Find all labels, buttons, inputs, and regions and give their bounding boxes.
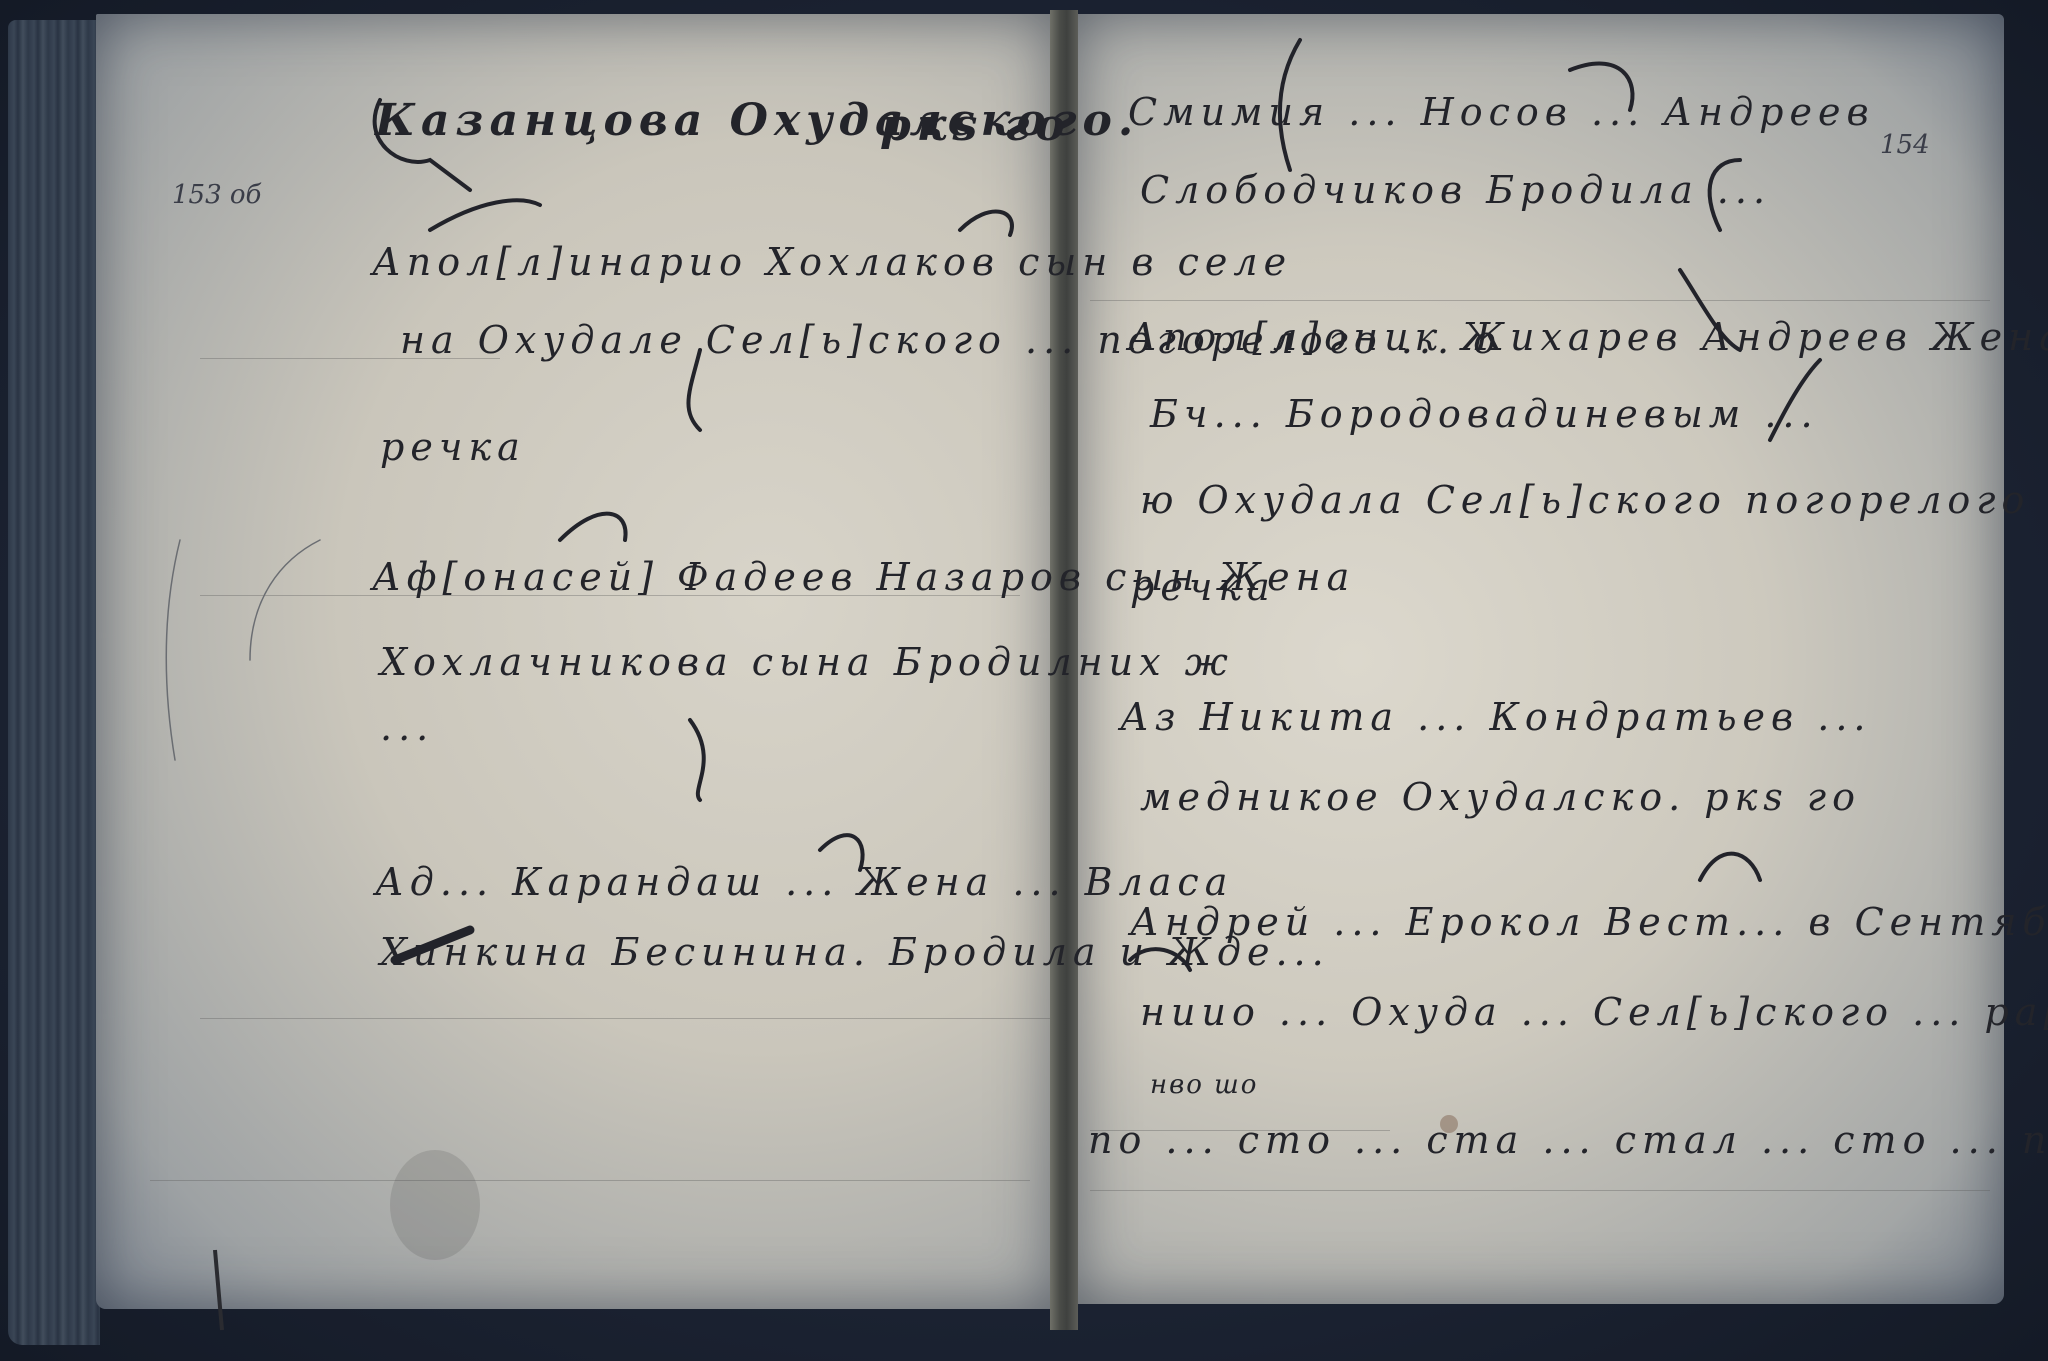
left-header-year: ркѕ го bbox=[880, 100, 1071, 151]
page-stack-edges bbox=[8, 20, 100, 1345]
left-entry-3-line-1: Ад... Карандаш ... Жена ... Власа bbox=[375, 860, 1233, 904]
ruling-line bbox=[150, 1180, 1030, 1181]
right-entry-4-line-1: Андрей ... Ерокол Вест... в Сентябре bbox=[1130, 900, 2048, 944]
right-entry-4-line-4: по ... сто ... ста ... стал ... сто ... … bbox=[1088, 1118, 2048, 1162]
right-entry-2-line-1: Апол[л]оник Жихарев Андреев Жена bbox=[1128, 315, 2048, 359]
right-entry-2-line-3: ю Охудала Сел[ь]ского погорелого bbox=[1140, 478, 2030, 522]
right-entry-3-line-2: медникое Охудалско. ркѕ го bbox=[1140, 775, 1861, 819]
ruling-line bbox=[1090, 300, 1990, 301]
paper-stain bbox=[390, 1150, 480, 1260]
left-entry-1-line-3: речка bbox=[380, 425, 526, 469]
ruling-line bbox=[200, 1018, 1050, 1019]
manuscript-photo: 153 об 154 Казанцова Охудалского. ркѕ го… bbox=[0, 0, 2048, 1361]
left-entry-1-line-1: Апол[л]инарио Хохлаков сын в селе bbox=[372, 240, 1292, 284]
right-entry-3-line-1: Аз Никита ... Кондратьев ... bbox=[1120, 695, 1871, 739]
right-entry-4-line-2: ниио ... Охуда ... Сел[ь]ского ... ра[з]… bbox=[1140, 990, 2048, 1034]
ruling-line bbox=[1090, 1190, 1990, 1191]
right-entry-1-line-2: Слободчиков Бродила ... bbox=[1140, 168, 1771, 212]
folio-note-left: 153 об bbox=[172, 180, 261, 210]
left-entry-2-line-2: Хохлачникова сына Бродилних ж bbox=[380, 640, 1234, 684]
folio-number-right: 154 bbox=[1880, 130, 1930, 160]
right-entry-2-line-2: Бч... Бородовадиневым ... bbox=[1150, 392, 1819, 436]
right-entry-1-line-1: Смимия ... Носов ... Андреев bbox=[1128, 90, 1875, 134]
right-entry-2-line-4: речка bbox=[1130, 565, 1276, 609]
right-entry-4-line-3: нво шо bbox=[1150, 1070, 1258, 1100]
left-entry-2-line-3: ... bbox=[380, 705, 434, 749]
